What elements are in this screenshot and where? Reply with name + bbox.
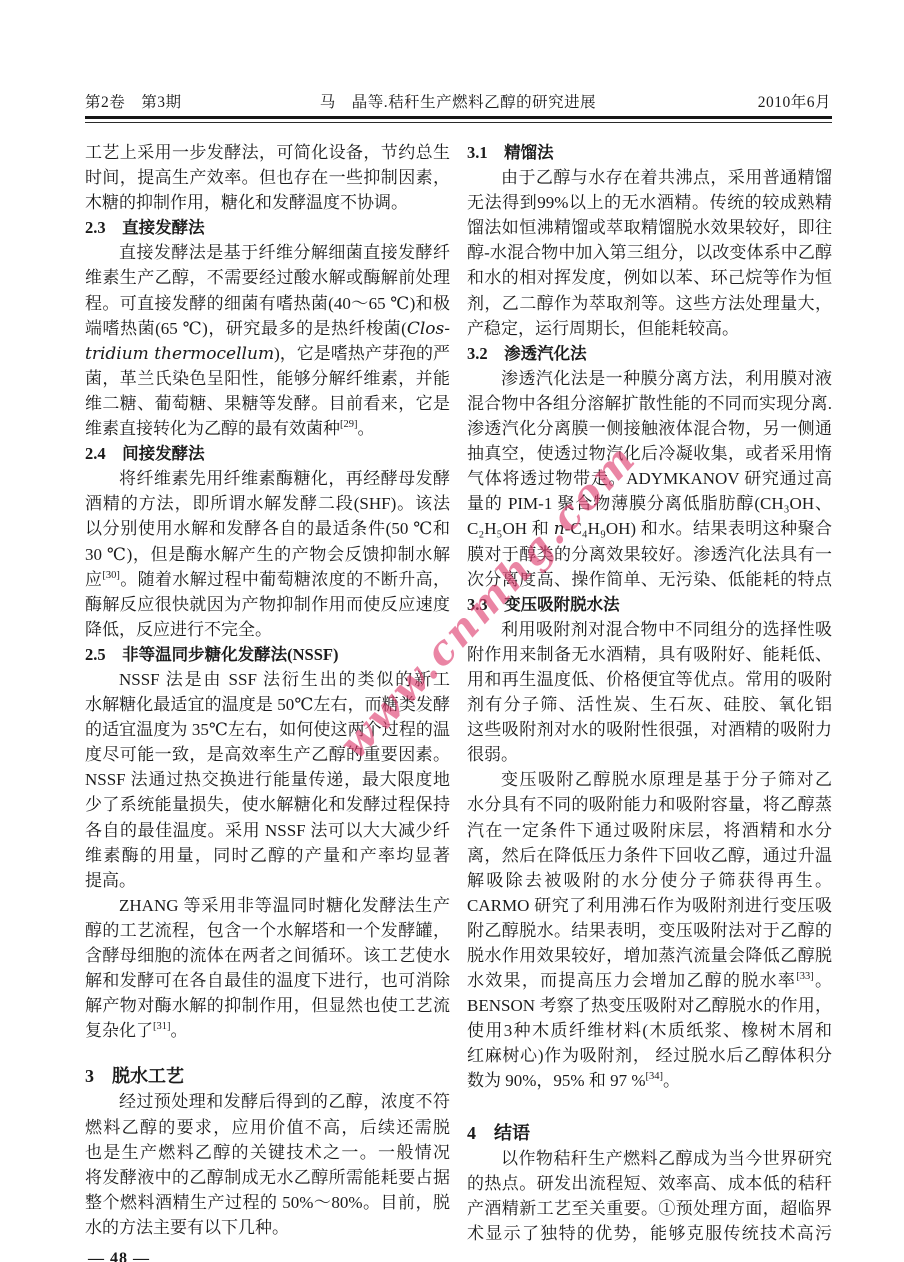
page-number: — 48 — [88, 1250, 150, 1262]
text-line: 木糖的抑制作用，糖化和发酵温度不协调。 [85, 190, 450, 215]
text-line: 气体将透过物带走。ADYMKANOV 研究通过高通 [467, 466, 832, 491]
text-line: 以分别使用水解和发酵各自的最适条件(50 ℃和 [85, 516, 450, 541]
text-line: 和水的相对挥发度，例如以苯、环己烷等作为恒沸 [467, 265, 832, 290]
section-heading: 3 脱水工艺 [85, 1064, 450, 1089]
section-heading: 3.1 精馏法 [467, 140, 832, 165]
section-heading: 2.4 间接发酵法 [85, 441, 450, 466]
text-line: 抽真空，使透过物汽化后冷凝收集，或者采用惰性 [467, 441, 832, 466]
section-heading: 3.3 变压吸附脱水法 [467, 592, 832, 617]
text-line: 燃料乙醇的要求，应用价值不高，后续还需脱水，这 [85, 1115, 450, 1140]
header-article-title: 马 晶等.秸秆生产燃料乙醇的研究进展 [85, 90, 831, 112]
text-line: 很弱。 [467, 742, 832, 767]
text-line: 直接发酵法是基于纤维分解细菌直接发酵纤 [85, 240, 450, 265]
text-line: 整个燃料酒精生产过程的 50%～80%。目前，脱 [85, 1190, 450, 1215]
text-line: 附乙醇脱水。结果表明，变压吸附法对于乙醇的 [467, 918, 832, 943]
text-line: 酶解反应很快就因为产物抑制作用而使反应速度 [85, 592, 450, 617]
text-line: 变压吸附乙醇脱水原理是基于分子筛对乙醇、 [467, 767, 832, 792]
text-line: 醇的工艺流程，包含一个水解塔和一个发酵罐，不 [85, 918, 450, 943]
section-heading: 2.3 直接发酵法 [85, 215, 450, 240]
text-line: 以作物秸秆生产燃料乙醇成为当今世界研究 [467, 1146, 832, 1171]
text-line: 的适宜温度为 35℃左右，如何使这两个过程的温 [85, 717, 450, 742]
text-line: 量的 PIM-1 聚合物薄膜分离低脂肪醇(CH₃OH、 [467, 491, 832, 516]
text-line: 度尽可能一致，是高效率生产乙醇的重要因素。 [85, 742, 450, 767]
text-line: 使用3种木质纤维材料(木质纸浆、橡树木屑和 [467, 1018, 832, 1043]
text-line: 醇-水混合物中加入第三组分，以改变体系中乙醇 [467, 240, 832, 265]
text-line: 水的方法主要有以下几种。 [85, 1215, 450, 1240]
text-line: 附作用来制备无水酒精，具有吸附好、能耗低、使 [467, 642, 832, 667]
text-line: 渗透汽化分离膜一侧接触液体混合物，另一侧通常 [467, 416, 832, 441]
text-line: 维素直接转化为乙醇的最有效菌种[29]。 [85, 416, 450, 441]
text-line: 产酒精新工艺至关重要。①预处理方面，超临界技 [467, 1196, 832, 1221]
text-line: 水效果，而提高压力会增加乙醇的脱水率[33]。 [467, 968, 832, 993]
text-line: 将发酵液中的乙醇制成无水乙醇所需能耗要占据 [85, 1165, 450, 1190]
text-line: 维二糖、葡萄糖、果糖等发酵。目前看来，它是将纤 [85, 391, 450, 416]
text-line: 提高。 [85, 868, 450, 893]
text-column-left: 工艺上采用一步发酵法，可简化设备，节约总生产时间，提高生产效率。但也存在一些抑制… [85, 140, 450, 1246]
text-line: 经过预处理和发酵后得到的乙醇，浓度不符合 [85, 1089, 450, 1114]
text-line: 解和发酵可在各自最佳的温度下进行，也可消除水 [85, 968, 450, 993]
text-line: 应[30]。随着水解过程中葡萄糖浓度的不断升高， [85, 567, 450, 592]
text-line: 混合物中各组分溶解扩散性能的不同而实现分离. [467, 391, 832, 416]
text-line: 解产物对酶水解的抑制作用，但显然也使工艺流程 [85, 993, 450, 1018]
text-line: C₂H₅OH 和 n-C₄H₉OH) 和水。结果表明这种聚合 [467, 516, 832, 541]
text-line: 端嗜热菌(65 ℃)，研究最多的是热纤梭菌(Clos- [85, 316, 450, 341]
text-line: BENSON 考察了热变压吸附对乙醇脱水的作用， [467, 993, 832, 1018]
header-date: 2010年6月 [758, 90, 831, 112]
text-line: 红麻树心)作为吸附剂， 经过脱水后乙醇体积分 [467, 1043, 832, 1068]
text-line: 馏法如恒沸精馏或萃取精馏脱水效果较好，即往乙 [467, 215, 832, 240]
text-line: 酒精的方法，即所谓水解发酵二段(SHF)。该法可 [85, 491, 450, 516]
section-heading: 2.5 非等温同步糖化发酵法(NSSF) [85, 642, 450, 667]
text-line: 次分离度高、操作简单、无污染、低能耗的特点[32]。 [467, 567, 832, 592]
text-line: 30 ℃)，但是酶水解产生的产物会反馈抑制水解反 [85, 542, 450, 567]
section-heading: 3.2 渗透汽化法 [467, 341, 832, 366]
text-line: 程。可直接发酵的细菌有嗜热菌(40～65 ℃)和极 [85, 291, 450, 316]
text-line: 产稳定，运行周期长，但能耗较高。 [467, 316, 832, 341]
text-line: 离，然后在降低压力条件下回收乙醇，通过升温 [467, 843, 832, 868]
article-body: 工艺上采用一步发酵法，可简化设备，节约总生产时间，提高生产效率。但也存在一些抑制… [85, 140, 832, 1246]
text-line: 降低，反应进行不完全。 [85, 617, 450, 642]
text-line: 由于乙醇与水存在着共沸点，采用普通精馏法 [467, 165, 832, 190]
text-line: NSSF 法是由 SSF 法衍生出的类似的新工艺。 [85, 667, 450, 692]
text-line: 无法得到99%以上的无水酒精。传统的较成熟精 [467, 190, 832, 215]
text-line: CARMO 研究了利用沸石作为吸附剂进行变压吸 [467, 893, 832, 918]
text-line: tridium thermocellum)，它是嗜热产芽孢的严格厌氧 [85, 341, 450, 366]
header-volume-issue: 第2卷 第3期 [85, 90, 182, 112]
text-line: 这些吸附剂对水的吸附性很强，对酒精的吸附力 [467, 717, 832, 742]
text-line: 剂有分子筛、活性炭、生石灰、硅胶、氧化铝等。 [467, 692, 832, 717]
scanned-paper-page: 马 晶等.秸秆生产燃料乙醇的研究进展 第2卷 第3期 2010年6月 www.c… [0, 0, 904, 1262]
text-line: 维素酶的用量，同时乙醇的产量和产率均显著 [85, 843, 450, 868]
text-line: 时间，提高生产效率。但也存在一些抑制因素，如 [85, 165, 450, 190]
text-line: 剂，乙二醇作为萃取剂等。这些方法处理量大，生 [467, 291, 832, 316]
text-line: 将纤维素先用纤维素酶糖化，再经酵母发酵成 [85, 466, 450, 491]
text-line: 少了系统能量损失，使水解糖化和发酵过程保持 [85, 792, 450, 817]
header-rule-thick [85, 116, 832, 119]
text-line: 复杂化了[31]。 [85, 1018, 450, 1043]
text-line: 维素生产乙醇，不需要经过酸水解或酶解前处理过 [85, 265, 450, 290]
text-line: ZHANG 等采用非等温同时糖化发酵法生产乙 [85, 893, 450, 918]
text-line: 数为 90%，95% 和 97 %[34]。 [467, 1068, 832, 1093]
text-line: 水分具有不同的吸附能力和吸附容量，将乙醇蒸 [467, 792, 832, 817]
text-line: 利用吸附剂对混合物中不同组分的选择性吸 [467, 617, 832, 642]
header-rule-thin [85, 122, 832, 123]
text-line: 用和再生温度低、价格便宜等优点。常用的吸附 [467, 667, 832, 692]
text-line: 也是生产燃料乙醇的关键技术之一。一般情况下， [85, 1140, 450, 1165]
text-column-right: 3.1 精馏法由于乙醇与水存在着共沸点，采用普通精馏法无法得到99%以上的无水酒… [467, 140, 832, 1246]
text-line: 解吸除去被吸附的水分使分子筛获得再生。 [467, 868, 832, 893]
text-line: 脱水作用效果较好，增加蒸汽流量会降低乙醇脱 [467, 943, 832, 968]
text-line: 的热点。研发出流程短、效率高、成本低的秸秆生 [467, 1171, 832, 1196]
text-line: 工艺上采用一步发酵法，可简化设备，节约总生产 [85, 140, 450, 165]
text-line: 膜对于醇类的分离效果较好。渗透汽化法具有一 [467, 542, 832, 567]
text-line: 各自的最佳温度。采用 NSSF 法可以大大减少纤 [85, 818, 450, 843]
text-line: 菌，革兰氏染色呈阳性，能够分解纤维素，并能使纤 [85, 366, 450, 391]
text-line: 渗透汽化法是一种膜分离方法，利用膜对液体 [467, 366, 832, 391]
text-line: 汽在一定条件下通过吸附床层，将酒精和水分 [467, 818, 832, 843]
running-head: 马 晶等.秸秆生产燃料乙醇的研究进展 第2卷 第3期 2010年6月 [85, 90, 831, 112]
text-line: 水解糖化最适宜的温度是 50℃左右，而糖类发酵 [85, 692, 450, 717]
section-heading: 4 结语 [467, 1121, 832, 1146]
text-line: 术显示了独特的优势，能够克服传统技术高污染、 [467, 1221, 832, 1246]
text-line: 含酵母细胞的流体在两者之间循环。该工艺使水 [85, 943, 450, 968]
text-line: NSSF 法通过热交换进行能量传递，最大限度地减 [85, 767, 450, 792]
